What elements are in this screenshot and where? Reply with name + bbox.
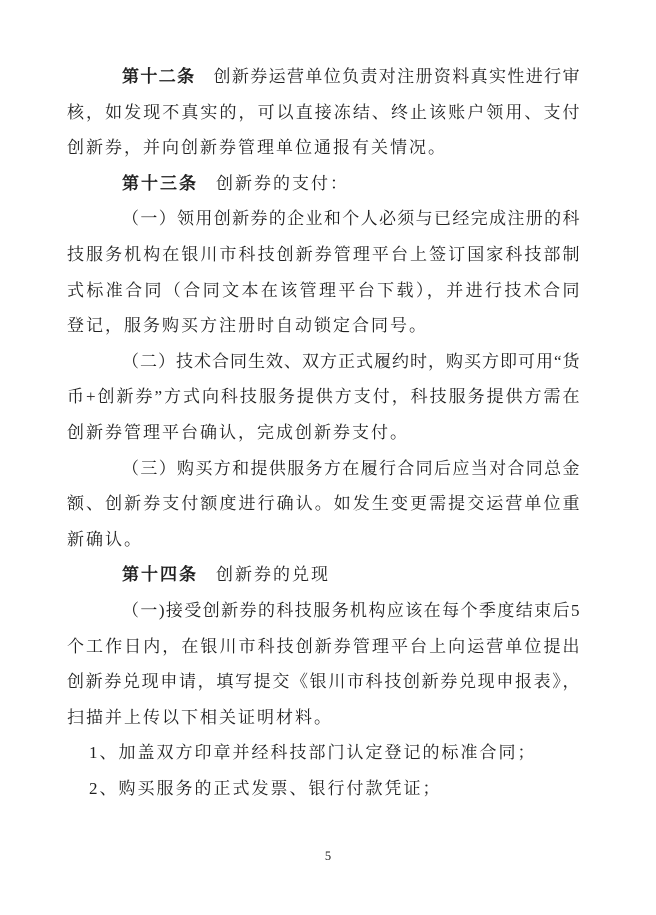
text-line: 创新券，并向创新券管理单位通报有关情况。 [67,130,580,166]
text-line: 第十三条创新券的支付： [67,166,580,202]
paragraph: 1、加盖双方印章并经科技部门认定登记的标准合同； [67,735,580,771]
article-heading: 第十四条 [122,565,198,584]
paragraph: （一)接受创新券的科技服务机构应该在每个季度结束后5个工作日内，在银川市科技创新… [67,593,580,735]
text-line: 币+创新券”方式向科技服务提供方支付，科技服务提供方需在 [67,379,580,415]
text-line: （二）技术合同生效、双方正式履约时，购买方即可用“货 [67,344,580,380]
text-line: （三）购买方和提供服务方在履行合同后应当对合同总金 [67,451,580,487]
paragraph: （一）领用创新券的企业和个人必须与已经完成注册的科技服务机构在银川市科技创新券管… [67,201,580,343]
text-line: 2、购买服务的正式发票、银行付款凭证； [67,771,580,807]
paragraph-text: 创新券的支付： [216,174,349,193]
text-line: （一)接受创新券的科技服务机构应该在每个季度结束后5 [67,593,580,629]
paragraph: 第十四条创新券的兑现 [67,557,580,593]
paragraph: 第十二条创新券运营单位负责对注册资料真实性进行审核，如发现不真实的，可以直接冻结… [67,59,580,166]
paragraph-text: 创新券运营单位负责对注册资料真实性进行审 [213,67,580,86]
document-page: 第十二条创新券运营单位负责对注册资料真实性进行审核，如发现不真实的，可以直接冻结… [0,0,656,915]
text-line: 式标准合同（合同文本在该管理平台下载），并进行技术合同 [67,273,580,309]
text-line: 个工作日内，在银川市科技创新券管理平台上向运营单位提出 [67,629,580,665]
document-body: 第十二条创新券运营单位负责对注册资料真实性进行审核，如发现不真实的，可以直接冻结… [67,59,580,806]
text-line: 扫描并上传以下相关证明材料。 [67,700,580,736]
text-line: 登记，服务购买方注册时自动锁定合同号。 [67,308,580,344]
text-line: （一）领用创新券的企业和个人必须与已经完成注册的科 [67,201,580,237]
text-line: 创新券管理平台确认，完成创新券支付。 [67,415,580,451]
text-line: 新确认。 [67,522,580,558]
text-line: 第十二条创新券运营单位负责对注册资料真实性进行审 [67,59,580,95]
page-number: 5 [0,848,656,864]
text-line: 核，如发现不真实的，可以直接冻结、终止该账户领用、支付 [67,95,580,131]
paragraph: 第十三条创新券的支付： [67,166,580,202]
text-line: 创新券兑现申请，填写提交《银川市科技创新券兑现申报表》， [67,664,580,700]
paragraph-text: 创新券的兑现 [216,565,330,584]
text-line: 技服务机构在银川市科技创新券管理平台上签订国家科技部制 [67,237,580,273]
paragraph: 2、购买服务的正式发票、银行付款凭证； [67,771,580,807]
article-heading: 第十二条 [122,67,195,86]
text-line: 第十四条创新券的兑现 [67,557,580,593]
paragraph: （二）技术合同生效、双方正式履约时，购买方即可用“货币+创新券”方式向科技服务提… [67,344,580,451]
paragraph: （三）购买方和提供服务方在履行合同后应当对合同总金额、创新券支付额度进行确认。如… [67,451,580,558]
text-line: 1、加盖双方印章并经科技部门认定登记的标准合同； [67,735,580,771]
article-heading: 第十三条 [122,174,198,193]
text-line: 额、创新券支付额度进行确认。如发生变更需提交运营单位重 [67,486,580,522]
